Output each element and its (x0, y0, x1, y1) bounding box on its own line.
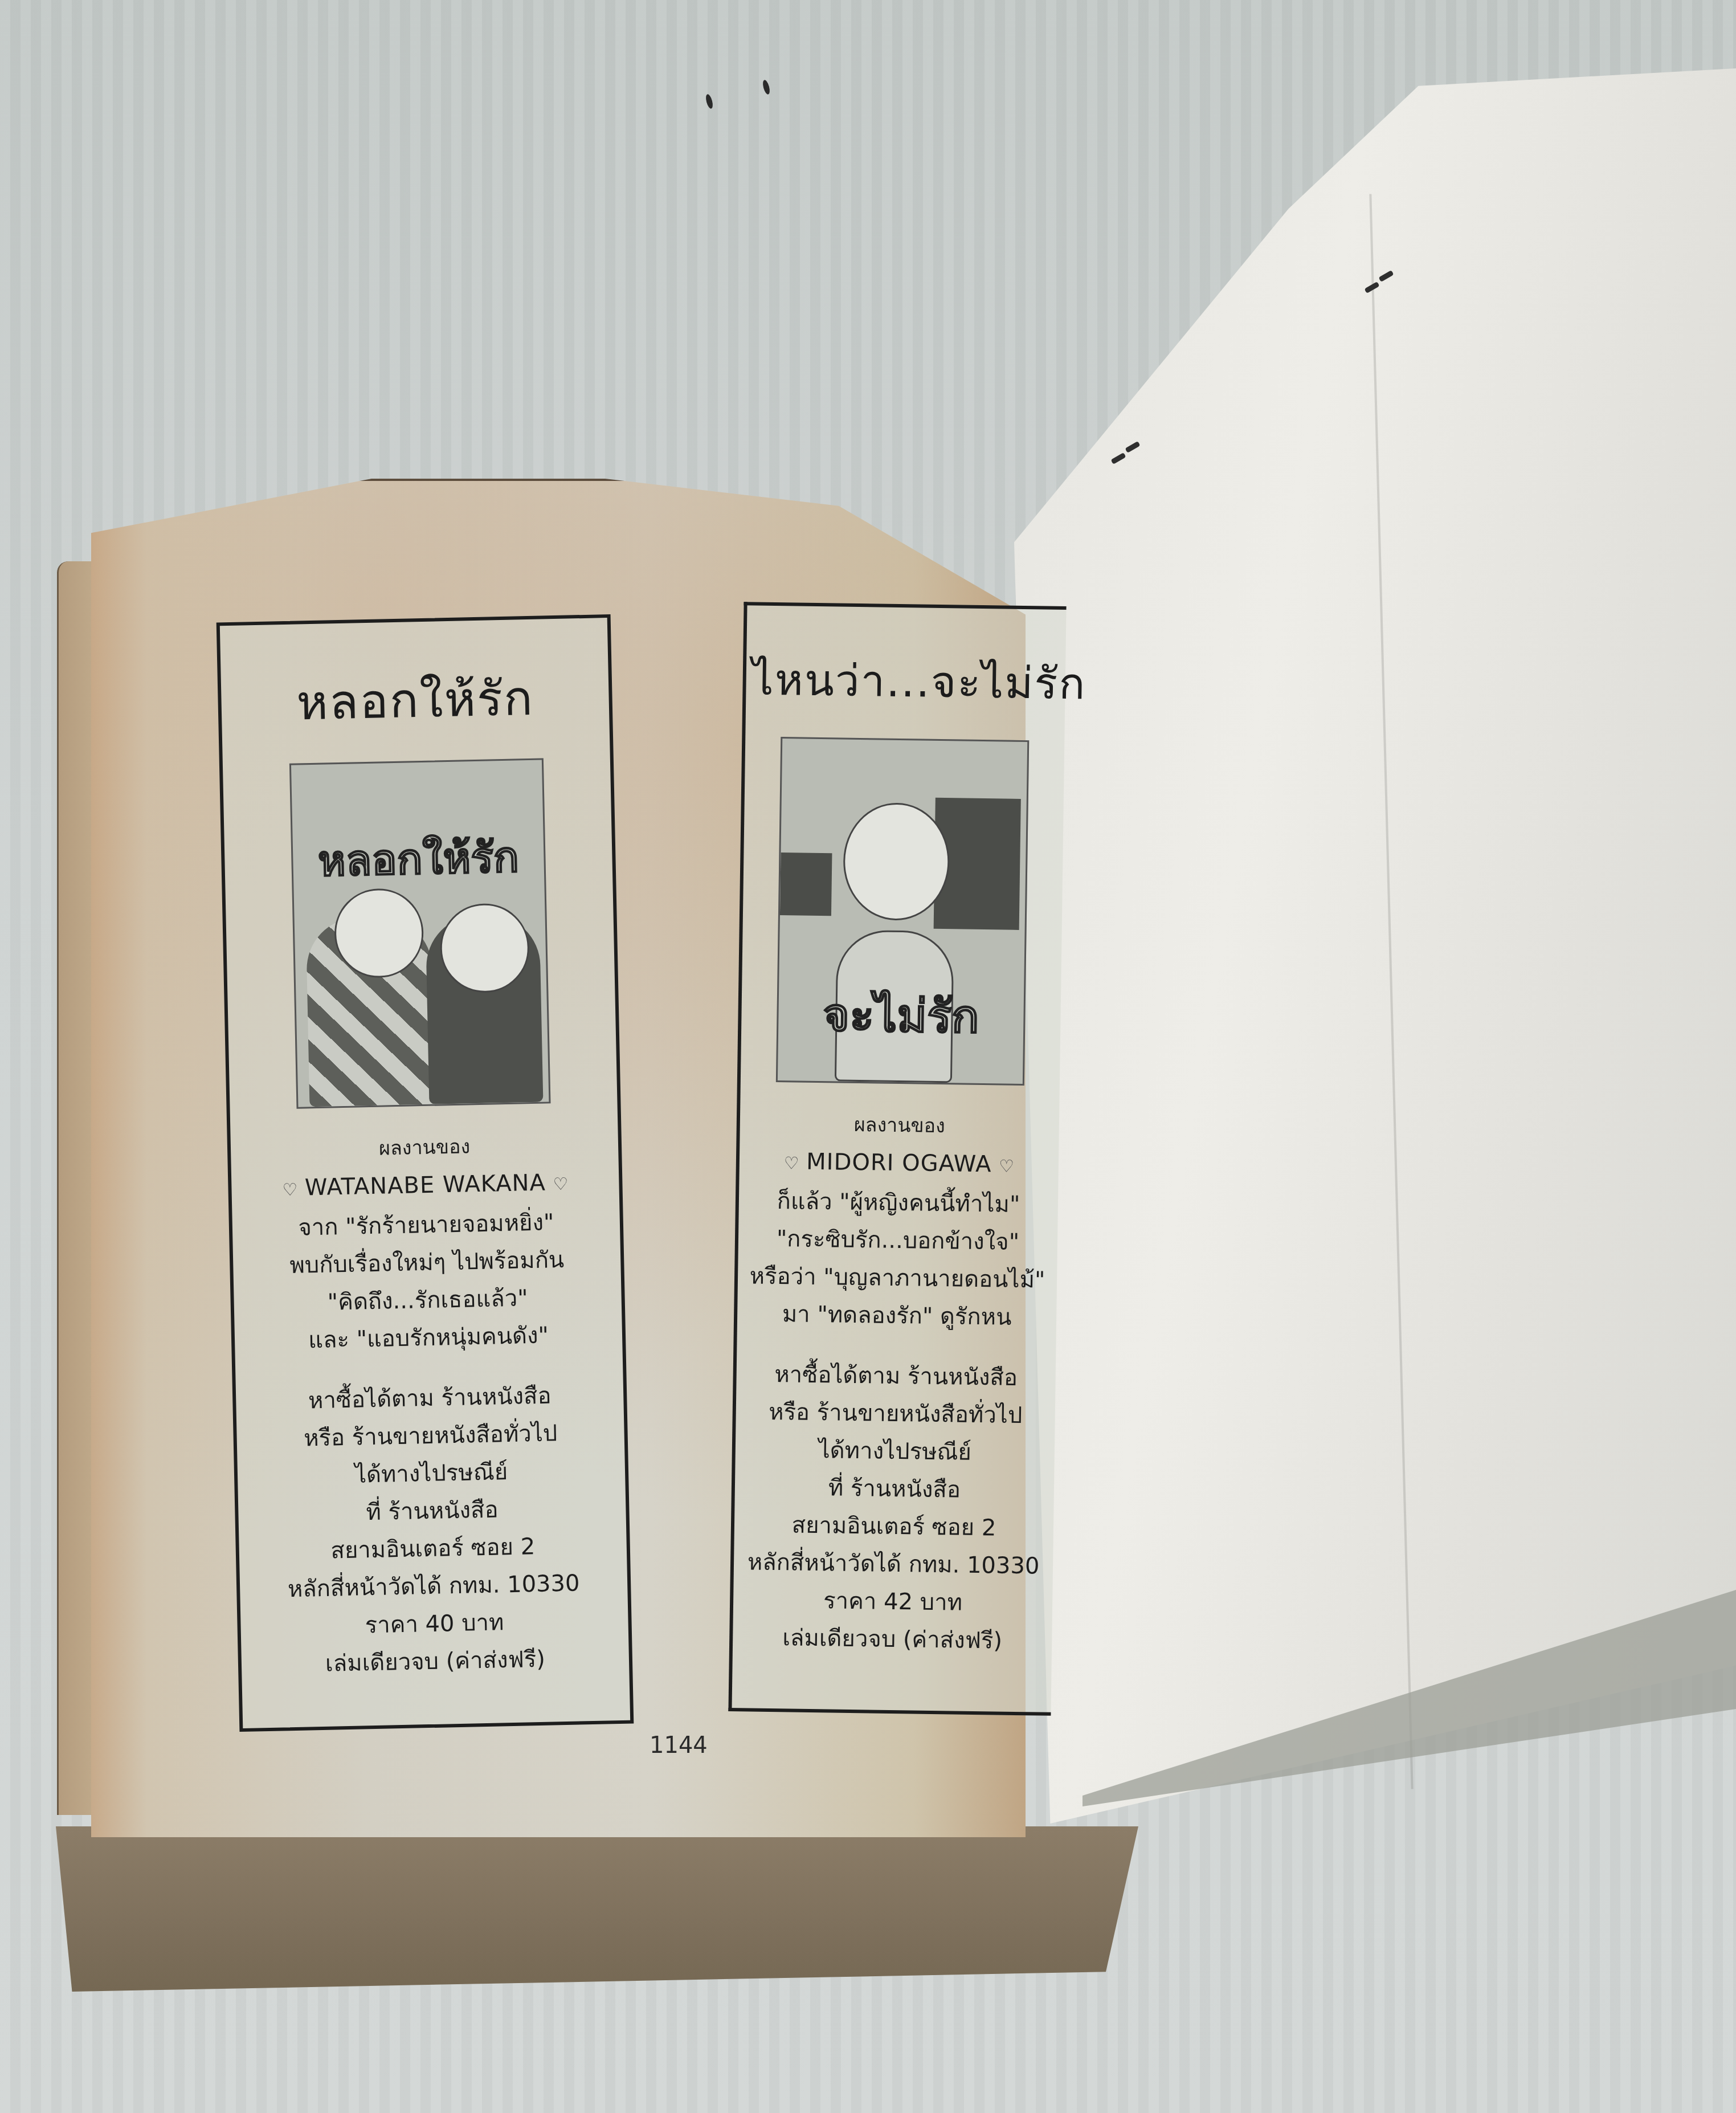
order-line: หรือ ร้านขายหนังสือทั่วไป (736, 1393, 1055, 1435)
credit-label: ผลงานของ (740, 1104, 1059, 1147)
works-line: "กระซิบรัก...บอกข้างใจ" (738, 1219, 1058, 1262)
ad-body: ผลงานของ ♡ WATANABE WAKANA ♡ จาก "รักร้า… (230, 1125, 622, 1361)
heart-icon: ♡ (553, 1174, 569, 1195)
dark-background-block (780, 852, 832, 916)
book-cover-illustration: จะไม่รัก (776, 737, 1029, 1086)
order-info: หาซื้อได้ตาม ร้านหนังสือ หรือ ร้านขายหนั… (236, 1376, 630, 1684)
order-line: หาซื้อได้ตาม ร้านหนังสือ (736, 1355, 1056, 1397)
author-name: MIDORI OGAWA (806, 1149, 992, 1178)
order-info: หาซื้อได้ตาม ร้านหนังสือ หรือ ร้านขายหนั… (733, 1355, 1056, 1661)
order-line: ที่ ร้านหนังสือ (734, 1468, 1054, 1510)
ad-title: หลอกให้รัก (220, 658, 610, 742)
order-line: เล่มเดียวจบ (ค่าส่งฟรี) (733, 1618, 1052, 1661)
author-line: ♡ WATANABE WAKANA ♡ (231, 1162, 619, 1210)
order-line: หลักสี่หน้าวัดได้ กทม. 10330 (734, 1543, 1053, 1585)
heart-icon: ♡ (999, 1156, 1014, 1176)
heart-icon: ♡ (783, 1153, 799, 1173)
book-cover-illustration: หลอกให้รัก (289, 758, 551, 1108)
page-number: 1144 (650, 1732, 708, 1759)
works-line: ก็แล้ว "ผู้หญิงคนนี้ทำไม" (738, 1182, 1058, 1224)
author-name: WATANABE WAKANA (305, 1170, 546, 1201)
works-line: มา "ทดลองรัก" ดูรักหน (737, 1295, 1057, 1337)
book-bottom-edge (56, 1826, 1138, 1992)
ad-panel-left: หลอกให้รัก หลอกให้รัก ผลงานของ ♡ WATANAB… (217, 614, 634, 1732)
order-line: ได้ทางไปรษณีย์ (735, 1430, 1055, 1472)
ad-title: ไหนว่า...จะไม่รัก (746, 645, 1066, 718)
heart-icon: ♡ (282, 1180, 298, 1201)
author-line: ♡ MIDORI OGAWA ♡ (739, 1142, 1059, 1186)
order-line: สยามอินเตอร์ ซอย 2 (734, 1506, 1054, 1548)
cover-logo: หลอกให้รัก (292, 823, 544, 895)
price-line: ราคา 42 บาท (733, 1581, 1053, 1623)
cover-logo: จะไม่รัก (778, 978, 1024, 1054)
ad-body: ผลงานของ ♡ MIDORI OGAWA ♡ ก็แล้ว "ผู้หญิ… (737, 1104, 1060, 1337)
works-line: และ "แอบรักหนุ่มคนดัง" (234, 1315, 622, 1361)
ad-panel-right: ไหนว่า...จะไม่รัก จะไม่รัก ผลงานของ ♡ MI… (728, 602, 1066, 1716)
works-line: หรือว่า "บุญลาภานายดอนไม้" (738, 1257, 1057, 1299)
order-line: เล่มเดียวจบ (ค่าส่งฟรี) (241, 1639, 629, 1684)
